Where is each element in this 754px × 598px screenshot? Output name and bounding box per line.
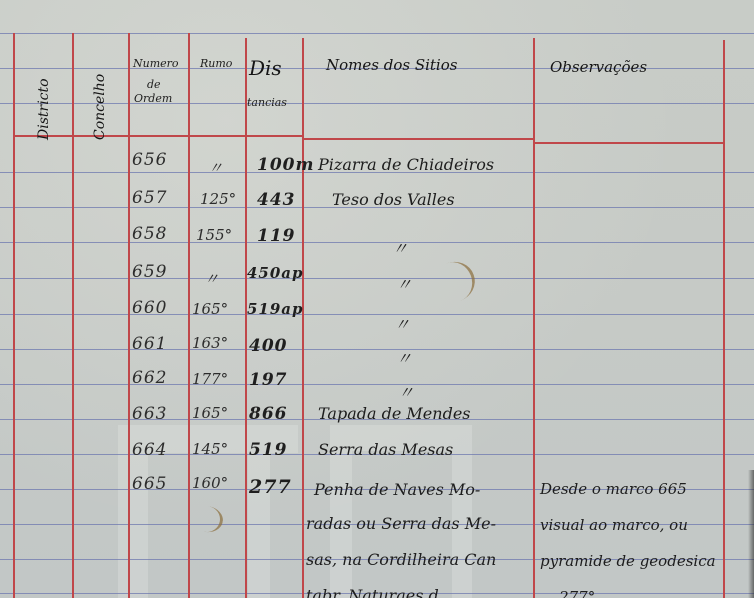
paper-stain <box>188 503 225 534</box>
observacao-line: Desde o marco 665 <box>540 480 687 498</box>
ruled-line <box>0 242 754 243</box>
page-edge-shadow <box>748 470 754 598</box>
row-distancia: 197 <box>249 370 288 390</box>
row-rumo: 160° <box>192 474 228 492</box>
row-numero: 661 <box>132 334 167 354</box>
row-sitio: Tapada de Mendes <box>318 404 471 423</box>
header-numero-ordem: Ordem <box>134 92 172 105</box>
sitio-continuation: sas, na Cordilheira Can <box>306 550 496 569</box>
row-distancia: 277 <box>249 476 292 498</box>
row-rumo: 145° <box>192 440 228 458</box>
sitio-continuation: tabr. Naturaes d... <box>306 586 454 598</box>
ruled-line <box>0 384 754 385</box>
row-sitio-ditto: 〃 <box>392 236 408 259</box>
watermark-bar-right <box>248 453 270 598</box>
observacao-line: pyramide de geodesica <box>540 552 716 570</box>
paper-stain <box>426 256 480 308</box>
column-rule <box>13 33 15 598</box>
row-distancia: 519 <box>249 440 288 460</box>
row-numero: 658 <box>132 224 167 244</box>
row-distancia: 519ap <box>247 300 304 318</box>
row-sitio-ditto: 〃 <box>398 380 414 403</box>
ruled-line <box>0 314 754 315</box>
header-nomes-dos-sitios: Nomes dos Sitios <box>326 56 457 74</box>
row-sitio: Penha de Naves Mo- <box>314 480 480 499</box>
row-distancia: 450ap <box>247 264 304 282</box>
row-rumo: 165° <box>192 404 228 422</box>
row-rumo: 155° <box>196 226 232 244</box>
header-rumo: Rumo <box>200 57 232 70</box>
ruled-line <box>0 349 754 350</box>
row-distancia: 866 <box>249 404 288 424</box>
column-rule <box>723 40 725 598</box>
row-rumo: 177° <box>192 370 228 388</box>
row-sitio-ditto: 〃 <box>394 312 410 335</box>
column-rule <box>245 38 247 598</box>
row-rumo: 163° <box>192 334 228 352</box>
header-rule <box>302 138 533 140</box>
row-numero: 664 <box>132 440 167 460</box>
row-sitio: Teso dos Valles <box>332 190 455 209</box>
observacao-line: visual ao marco, ou <box>540 516 688 534</box>
header-concelho: Concelho <box>92 74 108 140</box>
row-sitio-ditto: 〃 <box>396 272 412 295</box>
row-numero: 660 <box>132 298 167 318</box>
row-numero: 663 <box>132 404 167 424</box>
observacao-line: ... 277° ... <box>540 588 614 598</box>
header-rule <box>13 135 304 137</box>
ruled-line <box>0 103 754 104</box>
row-distancia: 100m <box>257 155 314 175</box>
row-numero: 662 <box>132 368 167 388</box>
row-numero: 656 <box>132 150 167 170</box>
column-rule <box>302 38 304 598</box>
header-numero: Numero <box>133 57 179 70</box>
header-distancias-2: tancias <box>247 96 287 109</box>
row-rumo: 〃 <box>208 157 223 178</box>
row-sitio-ditto: 〃 <box>396 346 412 369</box>
ruled-line <box>0 278 754 279</box>
row-sitio: Pizarra de Chiadeiros <box>318 155 494 174</box>
column-rule <box>72 33 74 598</box>
ledger-page: Districto Concelho Numero de Ordem Rumo … <box>0 0 754 598</box>
header-districto: Districto <box>36 78 52 140</box>
column-rule <box>533 38 535 598</box>
column-rule <box>188 33 190 598</box>
row-distancia: 443 <box>257 190 296 210</box>
header-rule <box>533 142 723 144</box>
sitio-continuation: radas ou Serra das Me- <box>306 514 496 533</box>
row-numero: 657 <box>132 188 167 208</box>
row-distancia: 400 <box>249 336 288 356</box>
row-rumo: 〃 <box>204 268 219 289</box>
row-distancia: 119 <box>257 226 296 246</box>
header-observacoes: Observações <box>550 58 647 76</box>
row-numero: 659 <box>132 262 167 282</box>
row-numero: 665 <box>132 474 167 494</box>
ruled-line <box>0 33 754 34</box>
row-rumo: 125° <box>200 190 236 208</box>
column-rule <box>128 33 130 598</box>
row-sitio: Serra das Mesas <box>318 440 453 459</box>
header-distancias: Dis <box>249 56 282 80</box>
row-rumo: 165° <box>192 300 228 318</box>
header-numero-de: de <box>147 78 161 91</box>
